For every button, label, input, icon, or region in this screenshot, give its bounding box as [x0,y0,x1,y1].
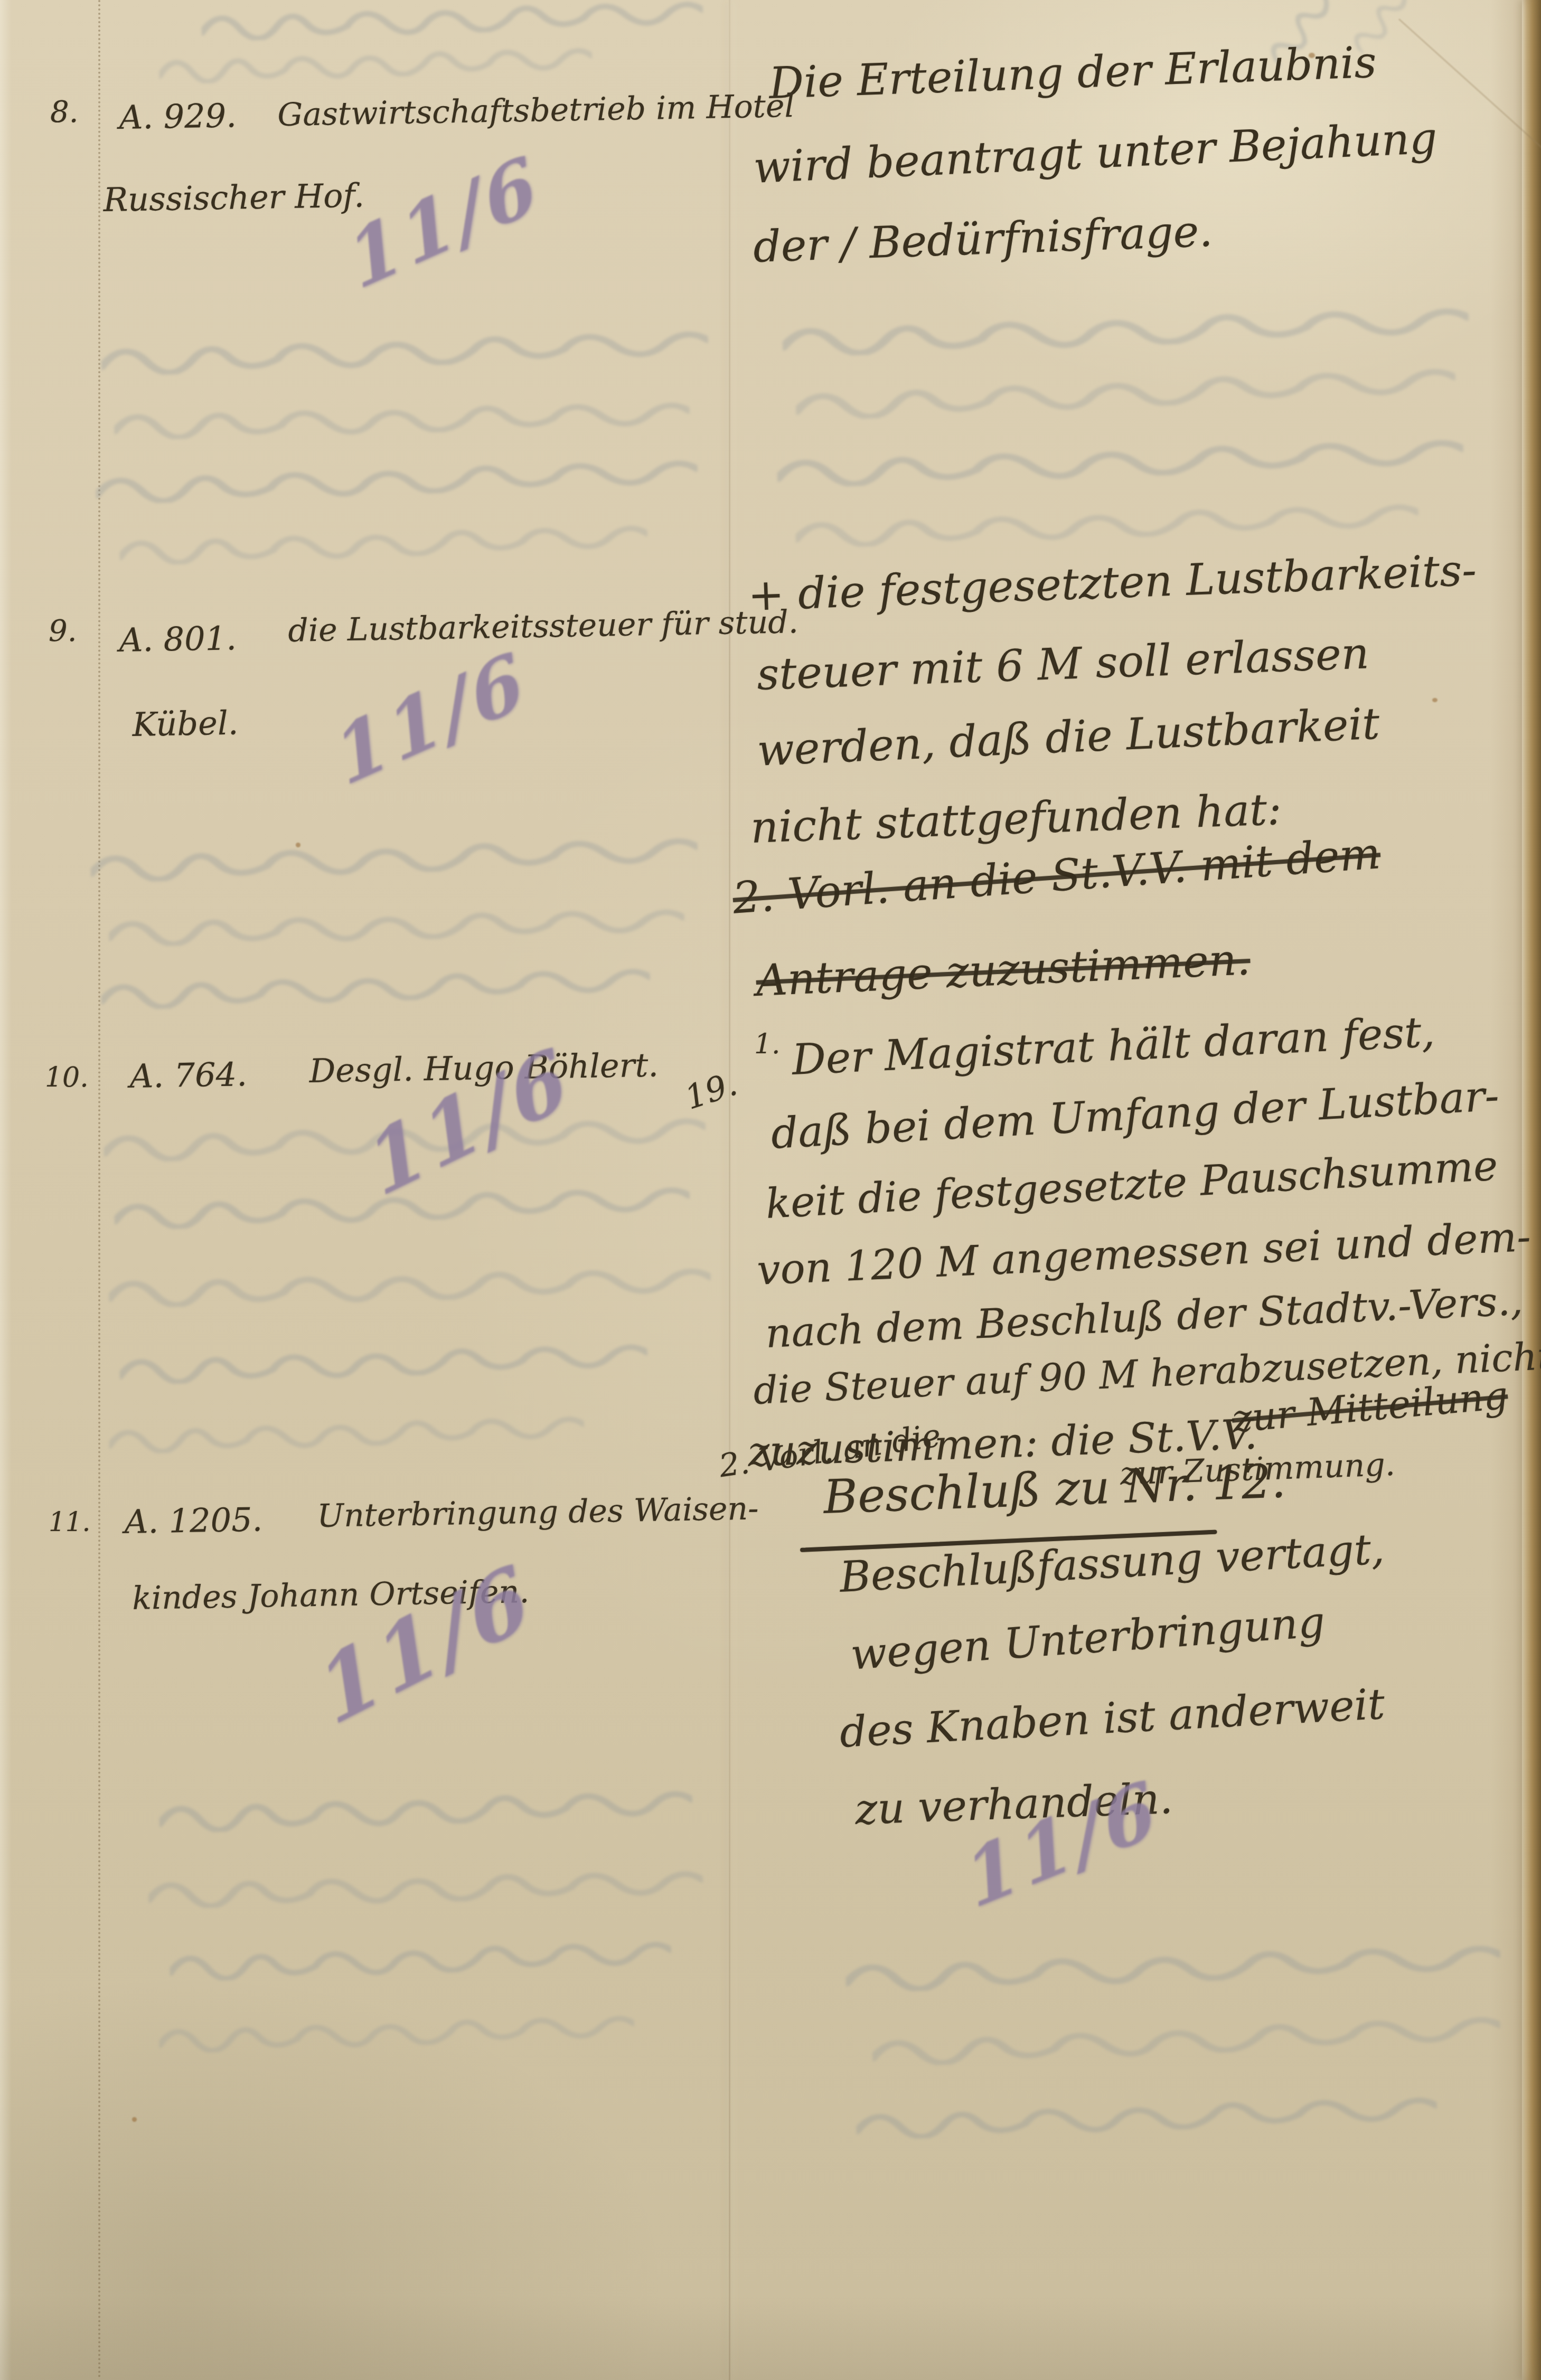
bleed-through-ghost [782,293,1469,358]
entry-9-subject-line: Kübel. [132,706,239,741]
bleed-through-ghost [845,1931,1501,1994]
bleed-through-ghost [108,1404,585,1455]
bleed-through-ghost [114,389,690,441]
entry-10-resolution-line: von 120 M angemessen sei und dem- [756,1216,1531,1291]
bleed-through-ghost [108,895,684,948]
entry-9-margin-number: 9. [49,617,77,646]
entry-9-date-pencil-mark: 11/6 [327,640,535,797]
entry-11-subject-line: Unterbringung des Waisen- [317,1493,759,1532]
bleed-through-ghost [100,955,651,1011]
bleed-through-ghost [148,1857,703,1910]
entry-11-file-number: A. 1205. [124,1503,263,1538]
entry-10-resolution-line: keit die festgesetzte Pauschsumme [765,1145,1499,1225]
bleed-through-ghost [795,490,1419,549]
entry-11-resolution-line: wegen Unterbringung [849,1601,1326,1676]
entry-10-resolution-line: daß bei dem Umfang der Lustbar- [770,1075,1500,1155]
left-edge-highlight [0,0,12,2380]
bottom-shadow [0,2296,1541,2380]
bleed-through-ghost [95,446,698,505]
book-fore-edge [1522,0,1541,2380]
entry-10-item-number: 19. [681,1068,741,1115]
entry-10-resolution-line: Der Magistrat hält daran fest, [791,1011,1435,1081]
entry-8-resolution-line: wird beantragt unter Bejahung [753,117,1438,190]
bleed-through-ghost [201,0,703,42]
entry-10-list-number: 1. [754,1031,781,1058]
entry-8-subject-line: Russischer Hof. [103,179,364,216]
bleed-through-ghost [158,35,593,85]
entry-9-resolution-line: steuer mit 6 M soll erlassen [756,632,1370,697]
entry-10-decision-line: Beschluß zu Nr. 12. [823,1458,1286,1520]
bleed-through-ghost [169,1928,672,1982]
entry-11-resolution-line: Beschlußfassung vertagt, [839,1528,1385,1599]
bleed-through-ghost [108,1254,711,1309]
bleed-through-ghost [795,354,1456,421]
bleed-through-ghost [100,317,709,377]
bleed-through-ghost [776,425,1464,489]
entry-9-file-number: A. 801. [119,622,237,657]
left-fold-dotted-line [98,0,100,2380]
entry-8-date-pencil-mark: 11/6 [341,144,549,301]
entry-8-subject-line: Gastwirtschaftsbetrieb im Hotel [277,90,795,131]
entry-11-resolution-line: des Knaben ist anderweit [839,1683,1386,1754]
bleed-through-ghost [119,1330,648,1386]
entry-8-file-number: A. 929. [119,99,237,134]
entry-11-margin-number: 11. [49,1509,91,1535]
bleed-through-ghost [158,1777,693,1834]
entry-8-margin-number: 8. [50,98,78,127]
paper-speck [132,2117,137,2122]
entry-9-resolution-line: werden, daß die Lustbarkeit [756,703,1380,773]
center-fold-crease [729,0,730,2380]
bleed-through-ghost [856,2084,1437,2141]
bleed-through-ghost [90,824,698,884]
bleed-through-ghost [119,512,648,566]
entry-8-resolution-line: Die Erteilung der Erlaubnis [768,41,1377,106]
entry-8-resolution-line: der / Bedürfnisfrage. [753,210,1214,269]
entry-9-struck-line: Antrage zuzustimmen. [755,938,1251,1003]
bleed-through-ghost [158,2003,635,2054]
manuscript-page: 8. A. 929. Gastwirtschaftsbetrieb im Hot… [0,0,1541,2380]
bleed-through-ghost [871,2003,1501,2068]
entry-10-margin-number: 10. [45,1064,89,1091]
entry-10-file-number: A. 764. [129,1058,247,1093]
paper-speck [1432,698,1437,702]
entry-9-resolution-line: + die festgesetzten Lustbarkeits- [747,549,1477,618]
entry-9-subject-line: die Lustbarkeitssteuer für stud. [288,606,798,647]
